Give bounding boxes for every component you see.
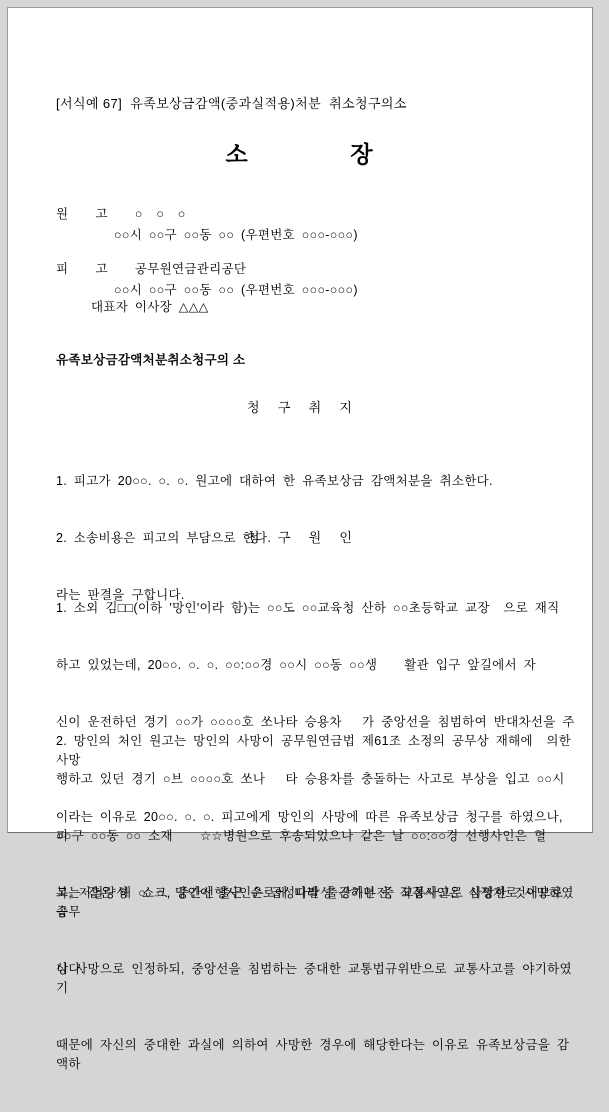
document-page: [서식예 67] 유족보상금감액(중과실적용)처분 취소청구의소 소 장 원 고… [7,7,593,833]
claim-section-title: 청 구 취 지 [8,397,592,416]
cause-paragraph-2: 2. 망인의 처인 원고는 망인의 사망이 공무원연금법 제61조 소정의 공무… [56,694,578,844]
case-heading: 유족보상금감액처분취소청구의 소 [56,350,245,368]
defendant-line: 피 고 공무원연금관리공단 [56,260,246,279]
body-line: 이라는 이유로 20○○. ○. ○. 피고에게 망인의 사망에 따른 유족보상… [56,808,578,844]
cause-section-title: 청 구 원 인 [8,527,592,546]
page-title: 소 장 [8,136,592,169]
plaintiff-line: 원 고 ○ ○ ○ [56,205,186,224]
body-line: 1. 소외 김□□(이하 '망인'이라 함)는 ○○도 ○○교육청 산하 ○○초… [56,599,578,618]
claim-line: 1. 피고가 20○○. ○. ○. 원고에 대하여 한 유족보상금 감액처분을… [56,472,576,491]
defendant-representative: 대표자 이사장 △△△ [91,298,209,317]
plaintiff-address: ○○시 ○○구 ○○동 ○○ (우편번호 ○○○-○○○) [114,226,358,245]
body-line: 하고 있었는데, 20○○. ○. ○. ○○:○○경 ○○시 ○○동 ○○생 … [56,656,578,675]
doc-label: [서식예 67] 유족보상금감액(중과실적용)처분 취소청구의소 [56,93,407,112]
body-line: 2. 망인의 처인 원고는 망인의 사망이 공무원연금법 제61조 소정의 공무… [56,732,578,770]
